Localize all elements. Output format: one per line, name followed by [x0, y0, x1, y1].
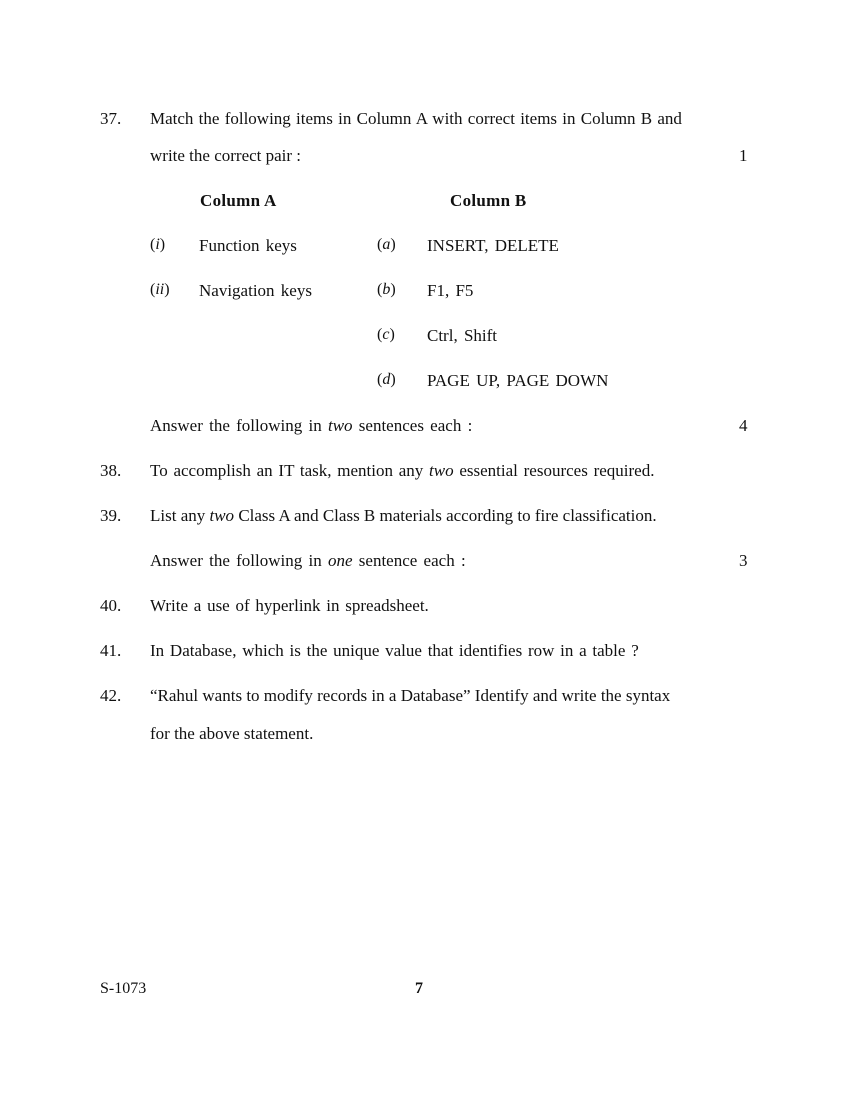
question-39-text: List any two Class A and Class B materia…	[150, 506, 657, 526]
question-number-40: 40.	[100, 596, 121, 616]
question-40-text: Write a use of hyperlink in spreadsheet.	[150, 596, 429, 616]
question-41-text: In Database, which is the unique value t…	[150, 641, 639, 661]
question-number-38: 38.	[100, 461, 121, 481]
column-b-item-label: (b)	[377, 281, 396, 299]
question-number-42: 42.	[100, 686, 121, 706]
question-37-line-1: Match the following items in Column A wi…	[150, 109, 682, 129]
column-b-item-text: PAGE UP, PAGE DOWN	[427, 371, 608, 391]
column-b-item-label: (c)	[377, 326, 395, 344]
section-one-marks: 3	[739, 551, 748, 571]
column-a-item-label: (i)	[150, 236, 165, 254]
column-b-item-label: (d)	[377, 371, 396, 389]
column-a-item-text: Navigation keys	[199, 281, 312, 301]
question-38-text: To accomplish an IT task, mention any tw…	[150, 461, 654, 481]
column-a-item-text: Function keys	[199, 236, 297, 256]
question-number-37: 37.	[100, 109, 121, 129]
column-b-header: Column B	[450, 191, 527, 211]
section-two-marks: 4	[739, 416, 748, 436]
question-42-line-1: “Rahul wants to modify records in a Data…	[150, 686, 670, 706]
question-37-line-2: write the correct pair :	[150, 146, 301, 166]
question-42-line-2: for the above statement.	[150, 724, 313, 744]
column-a-header: Column A	[200, 191, 277, 211]
paper-code: S-1073	[100, 980, 146, 998]
column-b-item-label: (a)	[377, 236, 396, 254]
column-b-item-text: F1, F5	[427, 281, 473, 301]
page-number: 7	[415, 980, 423, 998]
question-number-41: 41.	[100, 641, 121, 661]
question-37-marks: 1	[739, 146, 748, 166]
column-b-item-text: Ctrl, Shift	[427, 326, 497, 346]
section-instruction-one-sentence: Answer the following in one sentence eac…	[150, 551, 466, 571]
column-b-item-text: INSERT, DELETE	[427, 236, 559, 256]
column-a-item-label: (ii)	[150, 281, 170, 299]
question-number-39: 39.	[100, 506, 121, 526]
section-instruction-two-sentences: Answer the following in two sentences ea…	[150, 416, 472, 436]
